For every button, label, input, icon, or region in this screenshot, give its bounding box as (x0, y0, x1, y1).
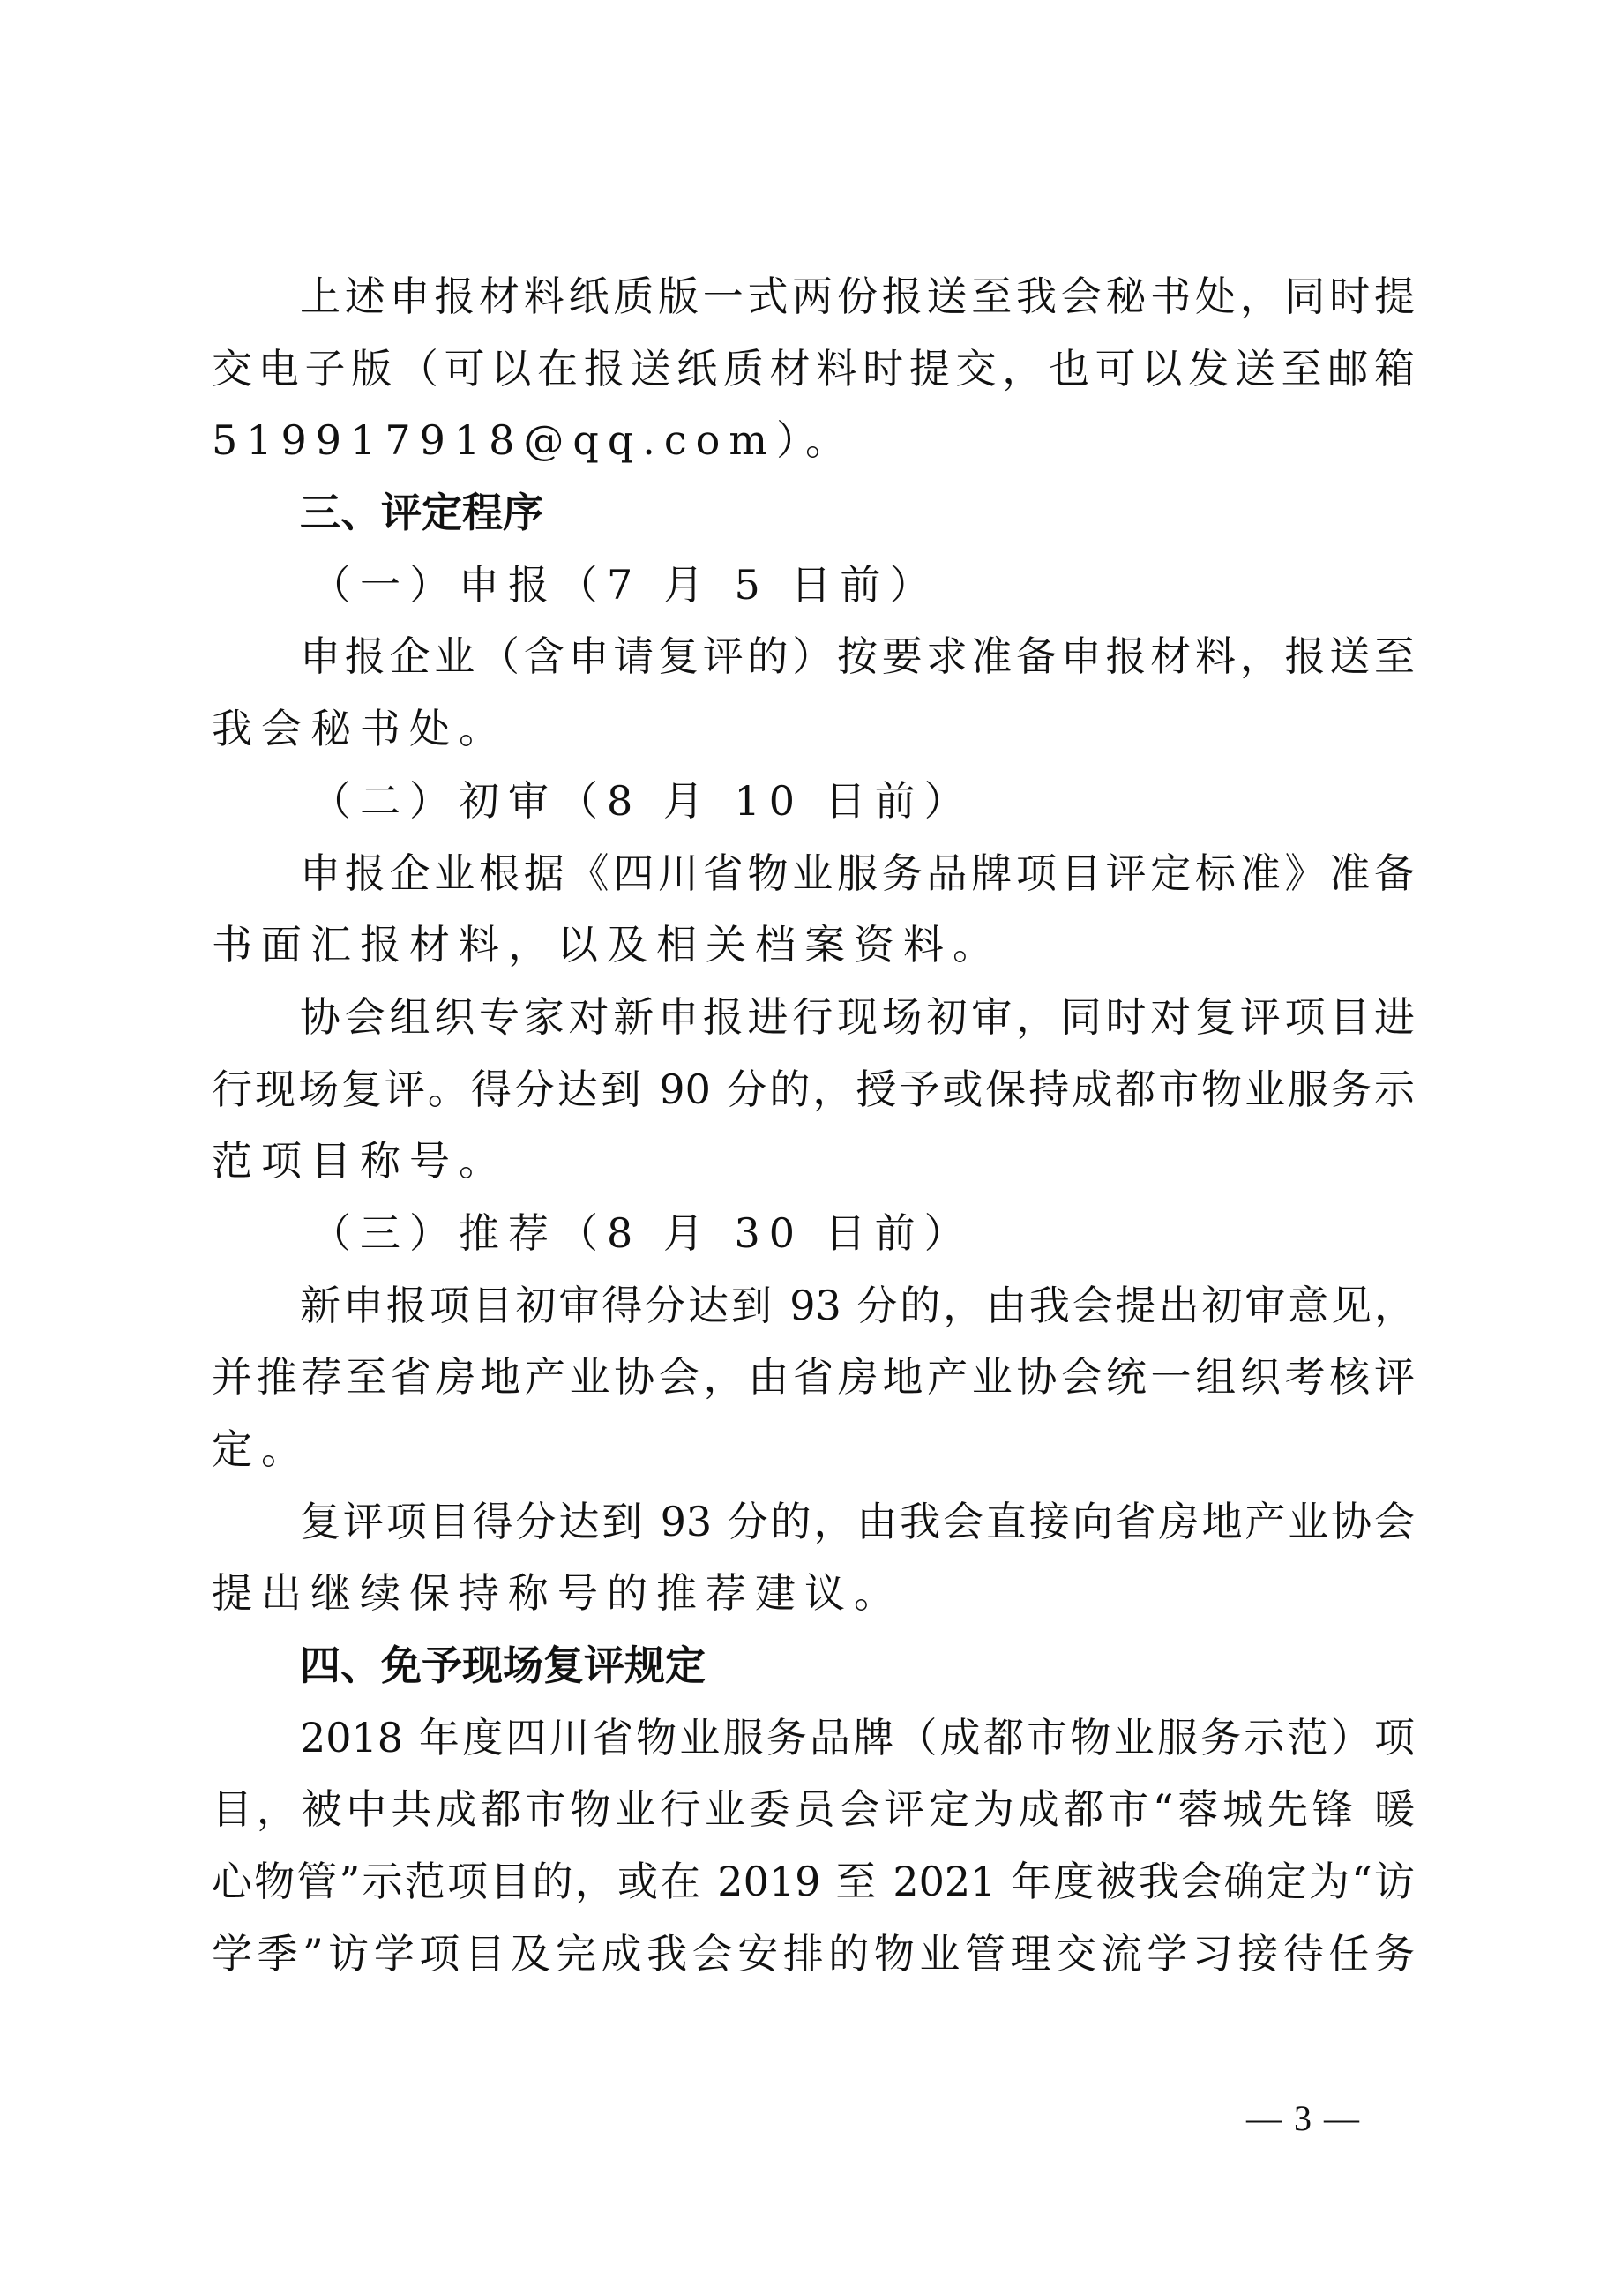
subsection-heading-application: （一）申报（7 月 5 日前） (212, 553, 1415, 625)
paragraph-line: 行现场复评。得分达到 90 分的，授予或保持成都市物业服务示 (212, 1058, 1415, 1130)
section-heading-evaluation-procedure: 三、评定程序 (212, 481, 1415, 553)
paragraph-line: 书面汇报材料，以及相关档案资料。 (212, 913, 1415, 985)
subsection-heading-preliminary-review: （二）初审（8 月 10 日前） (212, 769, 1415, 841)
document-page: 上述申报材料纸质版一式两份报送至我会秘书处，同时提 交电子版（可以在报送纸质材料… (0, 0, 1622, 2296)
subsection-heading-recommendation: （三）推荐（8 月 30 日前） (212, 1201, 1415, 1274)
paragraph-line: 申报企业根据《四川省物业服务品牌项目评定标准》准备 (212, 841, 1415, 914)
paragraph-line: 学季”访学项目及完成我会安排的物业管理交流学习接待任务 (212, 1922, 1415, 1994)
paragraph-line: 定。 (212, 1417, 1415, 1490)
paragraph-line: 新申报项目初审得分达到 93 分的，由我会提出初审意见， (212, 1274, 1415, 1346)
paragraph-line: 2018 年度四川省物业服务品牌（成都市物业服务示范）项 (212, 1706, 1415, 1778)
page-number: — 3 — (1233, 2098, 1374, 2140)
paragraph-line: 协会组织专家对新申报进行现场初审，同时对复评项目进 (212, 985, 1415, 1058)
paragraph-line: 交电子版（可以在报送纸质材料时提交，也可以发送至邮箱 (212, 337, 1415, 409)
paragraph-line: 我会秘书处。 (212, 697, 1415, 769)
paragraph-line: 心物管”示范项目的，或在 2019 至 2021 年度被我会确定为“访 (212, 1850, 1415, 1922)
email-line: 519917918@qq.com）。 (212, 408, 1415, 481)
paragraph-line: 提出继续保持称号的推荐建议。 (212, 1561, 1415, 1634)
paragraph-line: 目，被中共成都市物业行业委员会评定为成都市“蓉城先锋 暖 (212, 1777, 1415, 1850)
paragraph-line: 范项目称号。 (212, 1129, 1415, 1201)
paragraph-line: 上述申报材料纸质版一式两份报送至我会秘书处，同时提 (212, 265, 1415, 337)
paragraph-line: 复评项目得分达到 93 分的，由我会直接向省房地产业协会 (212, 1490, 1415, 1562)
paragraph-line: 申报企业（含申请复评的）按要求准备申报材料，报送至 (212, 624, 1415, 697)
section-heading-exemption-rules: 四、免予现场复评规定 (212, 1634, 1415, 1706)
paragraph-line: 并推荐至省房地产业协会，由省房地产业协会统一组织考核评 (212, 1345, 1415, 1417)
document-body: 上述申报材料纸质版一式两份报送至我会秘书处，同时提 交电子版（可以在报送纸质材料… (212, 265, 1415, 1994)
